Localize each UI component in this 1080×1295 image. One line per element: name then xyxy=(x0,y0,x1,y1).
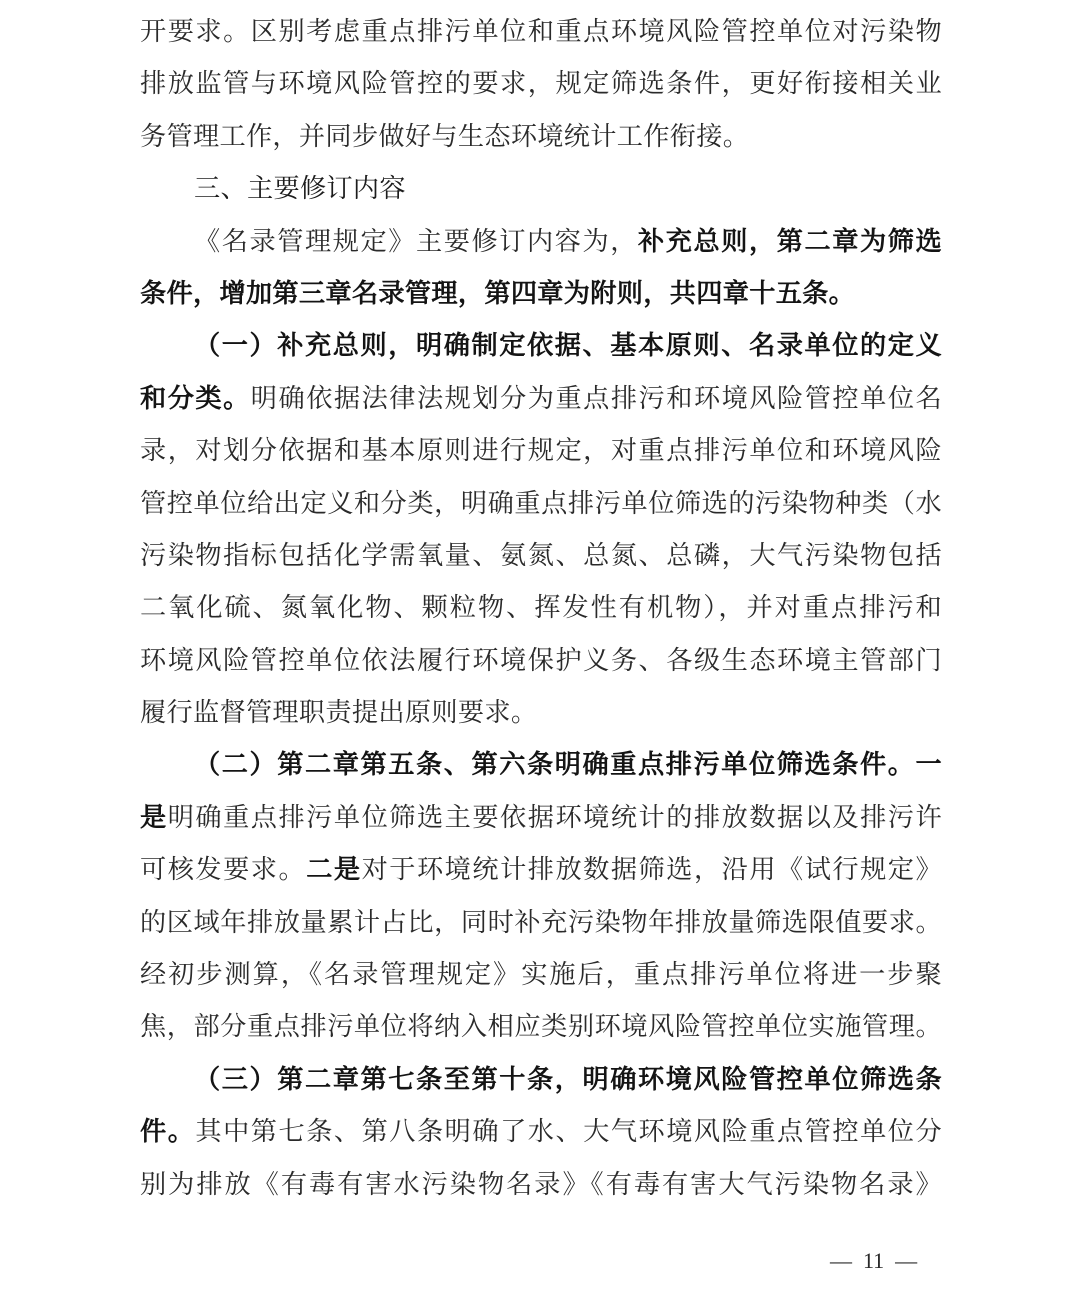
text-line: 件。其中第七条、第八条明确了水、大气环境风险重点管控单位分 xyxy=(140,1106,942,1158)
item-heading-text: （三）第二章第七条至第十条，明确环境风险管控单位筛选条 xyxy=(194,1065,942,1095)
paragraph-text: 别为排放《有毒有害水污染物名录》《有毒有害大气污染物名录》 xyxy=(140,1170,942,1200)
bold-text: 和分类。 xyxy=(140,384,251,414)
text-line: 可核发要求。二是对于环境统计排放数据筛选，沿用《试行规定》 xyxy=(140,844,942,896)
text-line: 焦，部分重点排污单位将纳入相应类别环境风险管控单位实施管理。 xyxy=(140,1001,942,1053)
text-line: 经初步测算，《名录管理规定》实施后，重点排污单位将进一步聚 xyxy=(140,949,942,1001)
bold-text: 条件，增加第三章名录管理，第四章为附则，共四章十五条。 xyxy=(140,279,855,309)
paragraph-text: 二氧化硫、氮氧化物、颗粒物、挥发性有机物），并对重点排污和 xyxy=(140,593,942,623)
paragraph-text: 务管理工作，并同步做好与生态环境统计工作衔接。 xyxy=(140,122,749,152)
text-line: 管控单位给出定义和分类，明确重点排污单位筛选的污染物种类（水 xyxy=(140,478,942,530)
paragraph-text: 的区域年排放量累计占比，同时补充污染物年排放量筛选限值要求。 xyxy=(140,908,942,938)
paragraph-text: 环境风险管控单位依法履行环境保护义务、各级生态环境主管部门 xyxy=(140,646,942,676)
paragraph-text: 焦，部分重点排污单位将纳入相应类别环境风险管控单位实施管理。 xyxy=(140,1012,942,1042)
paragraph-text: 履行监督管理职责提出原则要求。 xyxy=(140,698,537,728)
paragraph-text: 《名录管理规定》主要修订内容为， xyxy=(194,227,638,257)
paragraph-text: 明确重点排污单位筛选主要依据环境统计的排放数据以及排污许 xyxy=(168,803,942,833)
item-heading-line: （二）第二章第五条、第六条明确重点排污单位筛选条件。一 xyxy=(140,739,942,791)
text-line: 环境风险管控单位依法履行环境保护义务、各级生态环境主管部门 xyxy=(140,635,942,687)
paragraph-text: 明确依据法律法规划分为重点排污和环境风险管控单位名 xyxy=(251,384,942,414)
paragraph-text: 经初步测算，《名录管理规定》实施后，重点排污单位将进一步聚 xyxy=(140,960,942,990)
paragraph-text: 可核发要求。 xyxy=(140,855,306,885)
text-line: 是明确重点排污单位筛选主要依据环境统计的排放数据以及排污许 xyxy=(140,792,942,844)
bold-text: 补充总则，第二章为筛选 xyxy=(638,227,942,257)
text-line: 履行监督管理职责提出原则要求。 xyxy=(140,687,942,739)
item-heading-line: （一）补充总则，明确制定依据、基本原则、名录单位的定义 xyxy=(140,320,942,372)
section-heading: 三、主要修订内容 xyxy=(140,163,942,215)
paragraph-text: 录，对划分依据和基本原则进行规定，对重点排污单位和环境风险 xyxy=(140,436,942,466)
paragraph-text: 排放监管与环境风险管控的要求，规定筛选条件，更好衔接相关业 xyxy=(140,69,942,99)
paragraph-text: 对于环境统计排放数据筛选，沿用《试行规定》 xyxy=(362,855,942,885)
text-line: 二氧化硫、氮氧化物、颗粒物、挥发性有机物），并对重点排污和 xyxy=(140,582,942,634)
paragraph-text: 管控单位给出定义和分类，明确重点排污单位筛选的污染物种类（水 xyxy=(140,489,942,519)
text-line: 的区域年排放量累计占比，同时补充污染物年排放量筛选限值要求。 xyxy=(140,897,942,949)
paragraph-text: 其中第七条、第八条明确了水、大气环境风险重点管控单位分 xyxy=(195,1117,942,1147)
text-line: 排放监管与环境风险管控的要求，规定筛选条件，更好衔接相关业 xyxy=(140,58,942,110)
text-line: 和分类。明确依据法律法规划分为重点排污和环境风险管控单位名 xyxy=(140,373,942,425)
bold-text: 二是 xyxy=(306,855,361,885)
bold-text: 是 xyxy=(140,803,168,833)
text-line: 条件，增加第三章名录管理，第四章为附则，共四章十五条。 xyxy=(140,268,942,320)
text-line: 开要求。区别考虑重点排污单位和重点环境风险管控单位对污染物 xyxy=(140,6,942,58)
page-number: — 11 — xyxy=(830,1246,917,1276)
item-heading-text: （二）第二章第五条、第六条明确重点排污单位筛选条件。一 xyxy=(194,750,942,780)
document-page: 开要求。区别考虑重点排污单位和重点环境风险管控单位对污染物 排放监管与环境风险管… xyxy=(140,6,942,1211)
paragraph-text: 开要求。区别考虑重点排污单位和重点环境风险管控单位对污染物 xyxy=(140,17,942,47)
text-line: 录，对划分依据和基本原则进行规定，对重点排污单位和环境风险 xyxy=(140,425,942,477)
bold-text: 件。 xyxy=(140,1117,195,1147)
item-heading-line: （三）第二章第七条至第十条，明确环境风险管控单位筛选条 xyxy=(140,1054,942,1106)
text-line: 务管理工作，并同步做好与生态环境统计工作衔接。 xyxy=(140,111,942,163)
text-line: 《名录管理规定》主要修订内容为，补充总则，第二章为筛选 xyxy=(140,216,942,268)
item-heading-text: （一）补充总则，明确制定依据、基本原则、名录单位的定义 xyxy=(194,331,942,361)
text-line: 污染物指标包括化学需氧量、氨氮、总氮、总磷，大气污染物包括 xyxy=(140,530,942,582)
text-line: 别为排放《有毒有害水污染物名录》《有毒有害大气污染物名录》 xyxy=(140,1159,942,1211)
paragraph-text: 污染物指标包括化学需氧量、氨氮、总氮、总磷，大气污染物包括 xyxy=(140,541,942,571)
